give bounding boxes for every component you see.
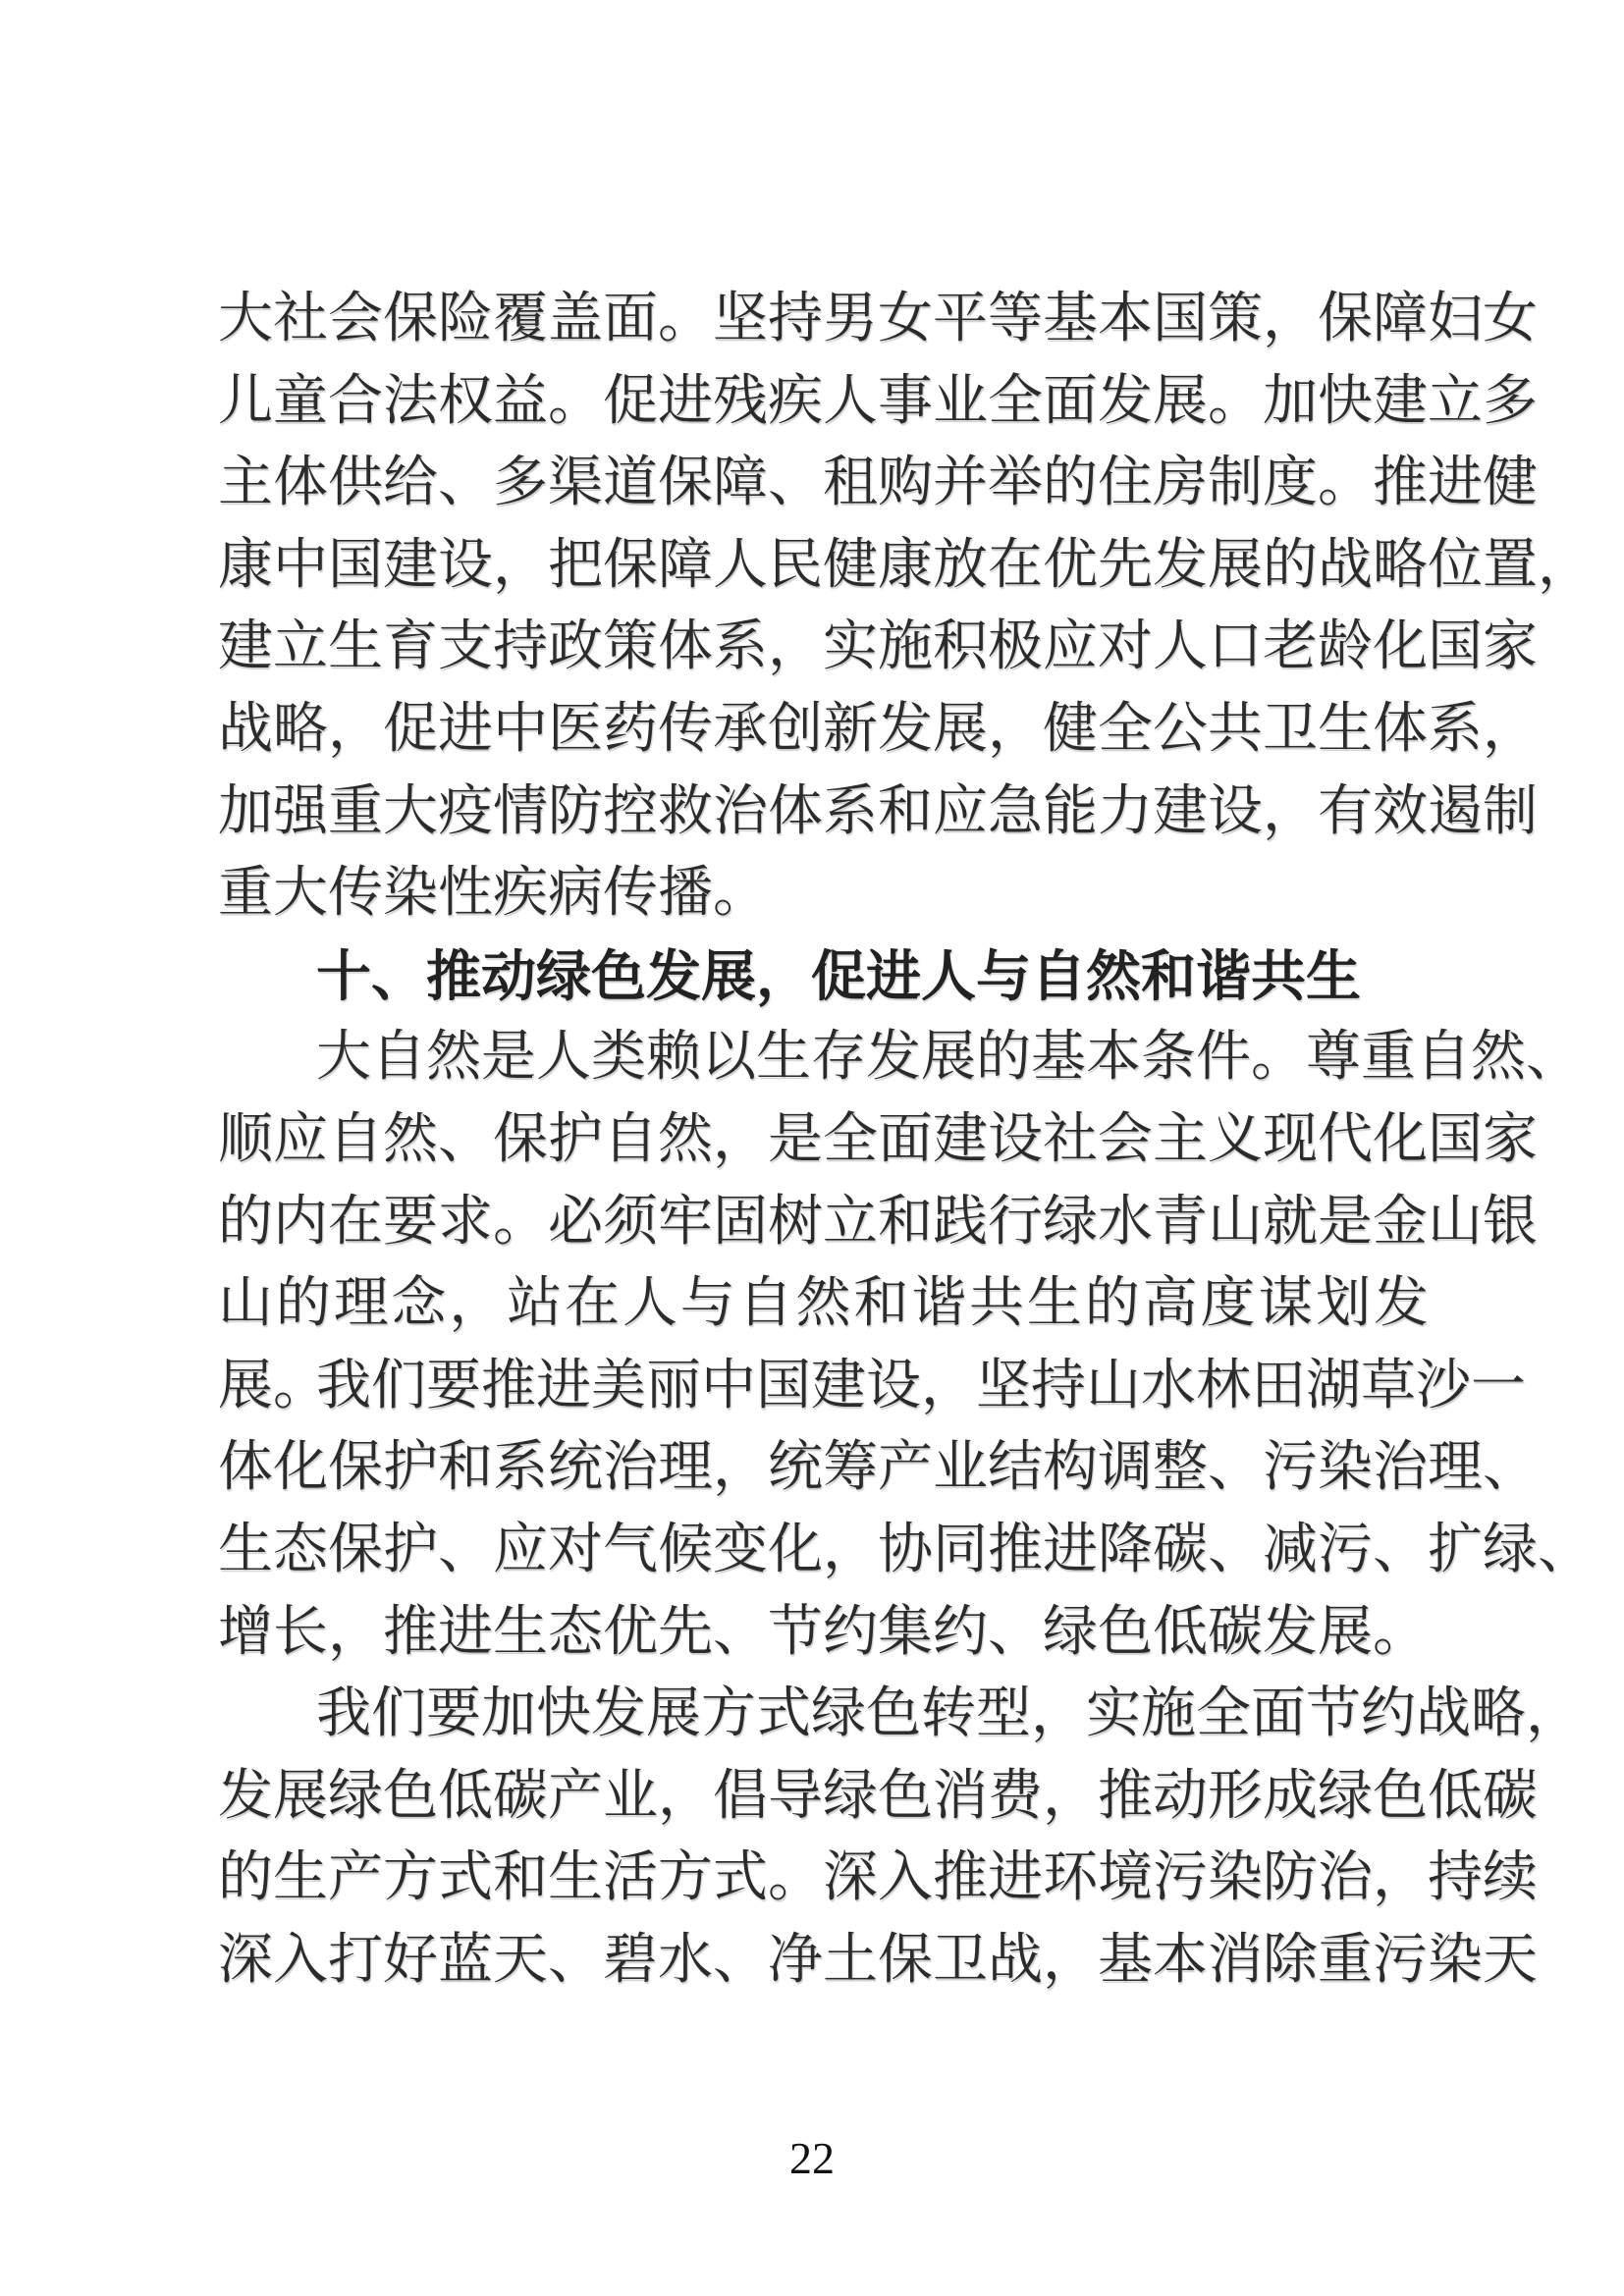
text-line: 大社会保险覆盖面。坚持男女平等基本国策，保障妇女: [218, 279, 1429, 361]
document-page: 大社会保险覆盖面。坚持男女平等基本国策，保障妇女儿童合法权益。促进残疾人事业全面…: [0, 0, 1624, 2296]
text-line: 建立生育支持政策体系，实施积极应对人口老龄化国家: [218, 607, 1429, 689]
text-line: 加强重大疫情防控救治体系和应急能力建设，有效遏制: [218, 772, 1429, 854]
text-line: 我们要加快发展方式绿色转型，实施全面节约战略，: [218, 1674, 1429, 1756]
text-block: 大社会保险覆盖面。坚持男女平等基本国策，保障妇女儿童合法权益。促进残疾人事业全面…: [218, 279, 1429, 2002]
text-line: 山的理念，站在人与自然和谐共生的高度谋划发展。: [218, 1263, 1429, 1346]
text-line: 生态保护、应对气候变化，协同推进降碳、减污、扩绿、: [218, 1510, 1429, 1592]
text-line: 儿童合法权益。促进残疾人事业全面发展。加快建立多: [218, 361, 1429, 444]
text-line: 增长，推进生态优先、节约集约、绿色低碳发展。: [218, 1592, 1429, 1675]
text-line: 重大传染性疾病传播。: [218, 853, 1429, 935]
text-line: 我们要推进美丽中国建设，坚持山水林田湖草沙一: [218, 1346, 1429, 1428]
page-number: 22: [0, 2132, 1624, 2184]
text-line: 体化保护和系统治理，统筹产业结构调整、污染治理、: [218, 1427, 1429, 1510]
section-heading: 十、推动绿色发展，促进人与自然和谐共生: [218, 935, 1429, 1018]
text-line: 的生产方式和生活方式。深入推进环境污染防治，持续: [218, 1838, 1429, 1920]
text-line: 深入打好蓝天、碧水、净土保卫战，基本消除重污染天: [218, 1920, 1429, 2002]
text-line: 顺应自然、保护自然，是全面建设社会主义现代化国家: [218, 1099, 1429, 1182]
text-line: 主体供给、多渠道保障、租购并举的住房制度。推进健: [218, 443, 1429, 525]
text-line: 发展绿色低碳产业，倡导绿色消费，推动形成绿色低碳: [218, 1756, 1429, 1839]
text-line: 康中国建设，把保障人民健康放在优先发展的战略位置，: [218, 525, 1429, 608]
text-line: 大自然是人类赖以生存发展的基本条件。尊重自然、: [218, 1017, 1429, 1099]
text-line: 的内在要求。必须牢固树立和践行绿水青山就是金山银: [218, 1182, 1429, 1264]
text-line: 战略，促进中医药传承创新发展，健全公共卫生体系，: [218, 689, 1429, 772]
